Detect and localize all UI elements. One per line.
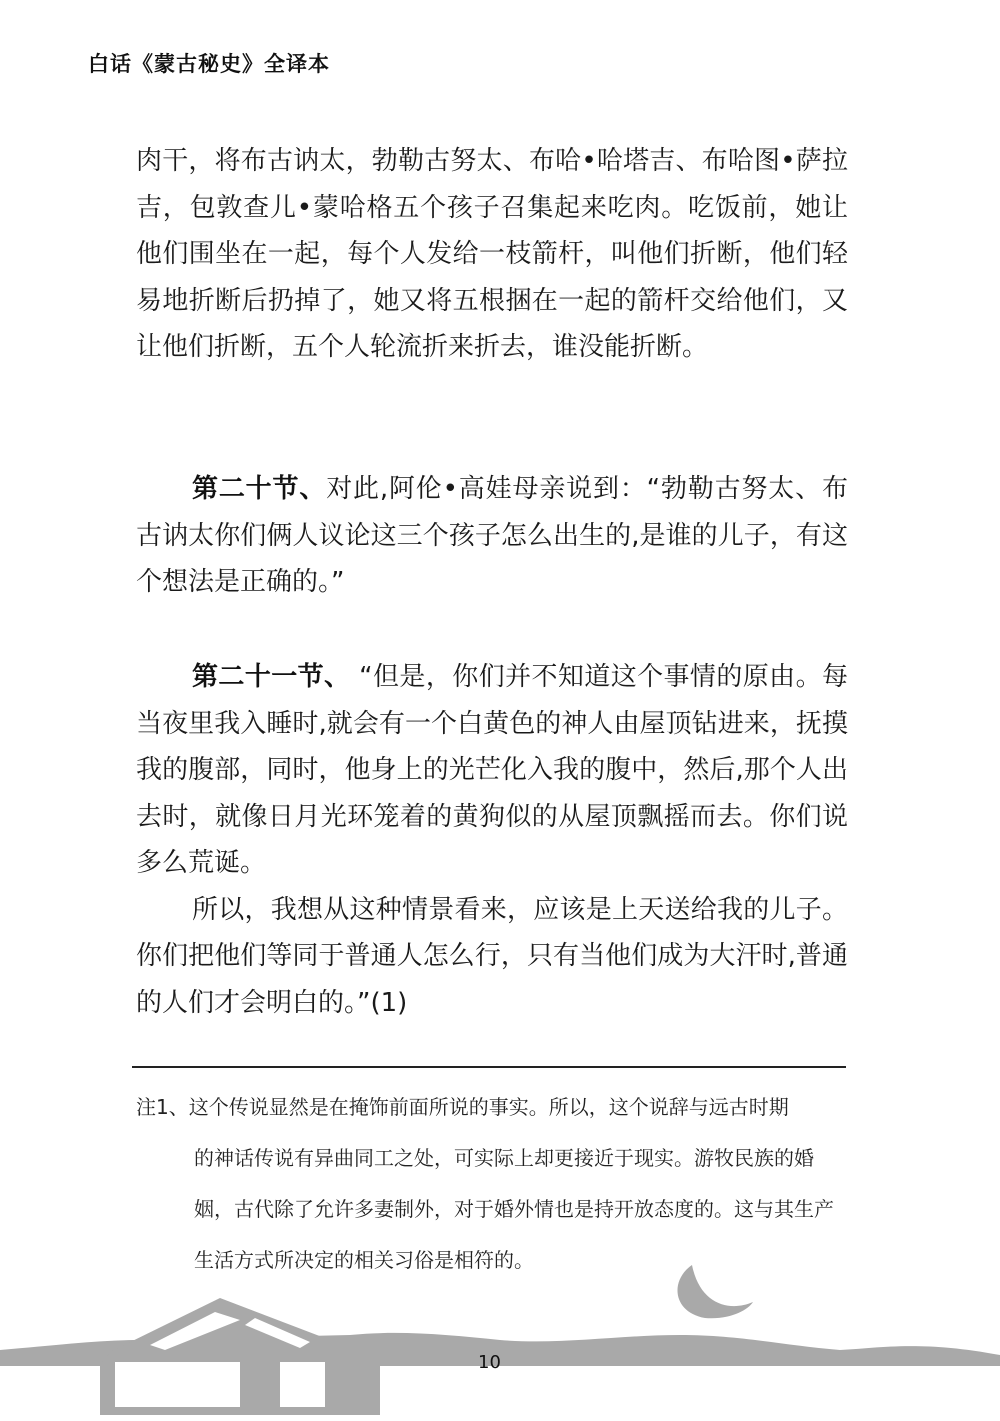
footnote-label: 注1、 bbox=[136, 1095, 189, 1119]
running-head-title: 白话《蒙古秘史》全译本 bbox=[88, 48, 330, 78]
section-21: 第二十一节、 “但是，你们并不知道这个事情的原由。每当夜里我入睡时,就会有一个白… bbox=[136, 654, 848, 1026]
paragraph-section-21-cont: 所以，我想从这种情景看来，应该是上天送给我的儿子。你们把他们等同于普通人怎么行，… bbox=[136, 887, 848, 1027]
footnote-first-line: 注1、这个传说显然是在掩饰前面所说的事实。所以，这个说辞与远古时期 bbox=[136, 1082, 848, 1133]
paragraph-continued: 肉干，将布古讷太，勃勒古努太、布哈•哈塔吉、布哈图•萨拉吉，包敦查儿•蒙哈格五个… bbox=[136, 138, 848, 371]
section-label: 第二十一节、 bbox=[192, 662, 350, 692]
section-20: 第二十节、对此,阿伦•高娃母亲说到：“勃勒古努太、布古讷太你们俩人议论这三个孩子… bbox=[136, 466, 848, 606]
yurt-icon bbox=[100, 1298, 380, 1415]
body-text: 肉干，将布古讷太，勃勒古努太、布哈•哈塔吉、布哈图•萨拉吉，包敦查儿•蒙哈格五个… bbox=[136, 138, 848, 371]
page-number: 10 bbox=[478, 1352, 501, 1373]
paragraph-section-21: 第二十一节、 “但是，你们并不知道这个事情的原由。每当夜里我入睡时,就会有一个白… bbox=[136, 654, 848, 887]
paragraph-section-20: 第二十节、对此,阿伦•高娃母亲说到：“勃勒古努太、布古讷太你们俩人议论这三个孩子… bbox=[136, 466, 848, 606]
section-text: “但是，你们并不知道这个事情的原由。每当夜里我入睡时,就会有一个白黄色的神人由屋… bbox=[136, 662, 848, 878]
footnote-divider bbox=[132, 1066, 846, 1068]
landscape-decoration bbox=[0, 1240, 1000, 1421]
footnote-text: 这个传说显然是在掩饰前面所说的事实。所以，这个说辞与远古时期 bbox=[189, 1095, 789, 1119]
crescent-moon-icon bbox=[677, 1265, 753, 1318]
section-label: 第二十节、 bbox=[192, 474, 326, 504]
